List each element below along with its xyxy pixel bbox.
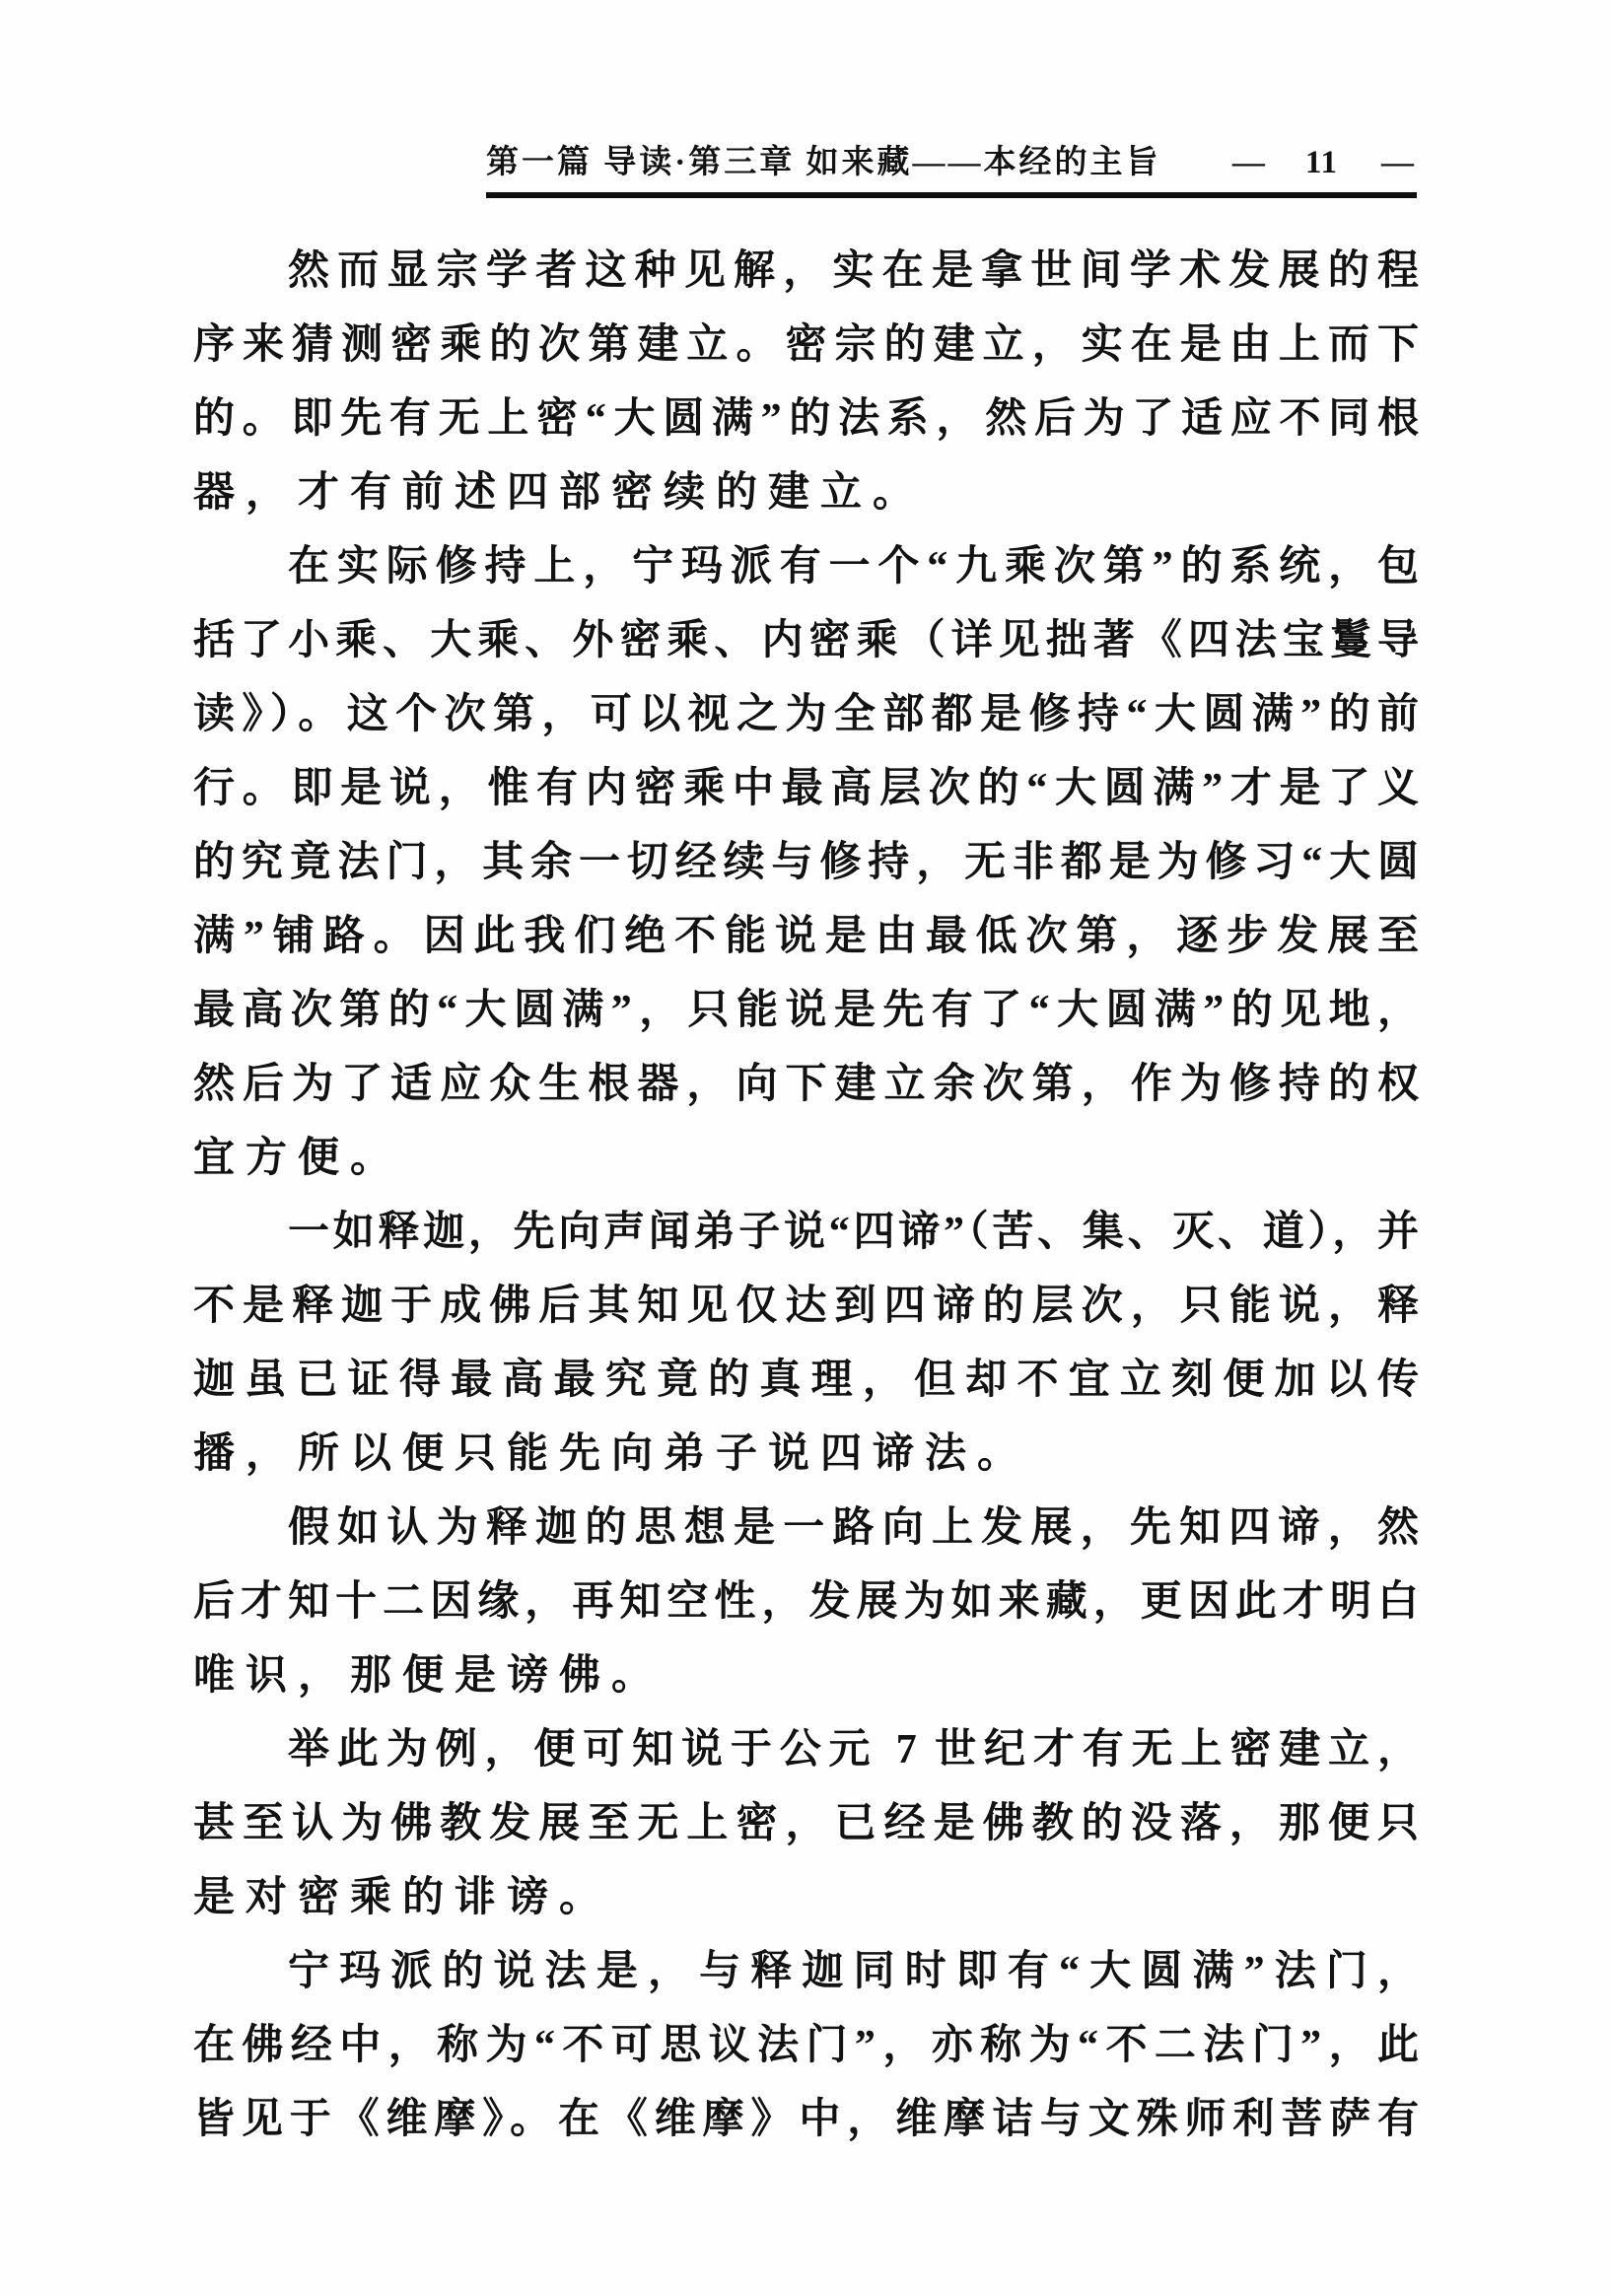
text-line: 在佛经中，称为“不可思议法门”，亦称为“不二法门”，此: [193, 2009, 1419, 2083]
chapter-title: 第一篇 导读·第三章 如来藏——本经的主旨: [486, 136, 1161, 182]
paragraph: 一如释迦，先向声闻弟子说“四谛”（苦、集、灭、道），并 不是释迦于成佛后其知见仅…: [193, 1196, 1419, 1492]
text-line: 行。即是说，惟有内密乘中最高层次的“大圆满”才是了义: [193, 752, 1419, 826]
text-line: 是对密乘的诽谤。: [193, 1861, 1419, 1935]
text-line: 序来猜测密乘的次第建立。密宗的建立，实在是由上而下: [193, 309, 1419, 383]
text-line: 假如认为释迦的思想是一路向上发展，先知四谛，然: [193, 1492, 1419, 1565]
text-line: 一如释迦，先向声闻弟子说“四谛”（苦、集、灭、道），并: [193, 1196, 1419, 1270]
text-line: 播，所以便只能先向弟子说四谛法。: [193, 1418, 1419, 1492]
text-line: 满”铺路。因此我们绝不能说是由最低次第，逐步发展至: [193, 900, 1419, 974]
paragraph: 然而显宗学者这种见解，实在是拿世间学术发展的程 序来猜测密乘的次第建立。密宗的建…: [193, 235, 1419, 530]
text-line: 在实际修持上，宁玛派有一个“九乘次第”的系统，包: [193, 530, 1419, 604]
text-line: 的究竟法门，其余一切经续与修持，无非都是为修习“大圆: [193, 826, 1419, 900]
running-head: 第一篇 导读·第三章 如来藏——本经的主旨 — 11 —: [486, 136, 1417, 198]
text-line: 然后为了适应众生根器，向下建立余次第，作为修持的权: [193, 1048, 1419, 1122]
folio-dash-left: —: [1232, 145, 1268, 181]
text-line: 器，才有前述四部密续的建立。: [193, 456, 1419, 530]
text-line: 读》）。这个次第，可以视之为全部都是修持“大圆满”的前: [193, 678, 1419, 752]
paragraph: 宁玛派的说法是，与释迦同时即有“大圆满”法门， 在佛经中，称为“不可思议法门”，…: [193, 1935, 1419, 2157]
text-line: 然而显宗学者这种见解，实在是拿世间学术发展的程: [193, 235, 1419, 309]
text-line: 宁玛派的说法是，与释迦同时即有“大圆满”法门，: [193, 1935, 1419, 2009]
text-line: 不是释迦于成佛后其知见仅达到四谛的层次，只能说，释: [193, 1270, 1419, 1344]
text-line: 举此为例，便可知说于公元 7 世纪才有无上密建立，: [193, 1713, 1419, 1787]
page-number: 11: [1305, 145, 1338, 181]
text-line: 后才知十二因缘，再知空性，发展为如来藏，更因此才明白: [193, 1565, 1419, 1639]
text-line: 宜方便。: [193, 1122, 1419, 1196]
folio-dash-right: —: [1381, 145, 1417, 181]
text-line: 最高次第的“大圆满”，只能说是先有了“大圆满”的见地，: [193, 974, 1419, 1048]
body-text: 然而显宗学者这种见解，实在是拿世间学术发展的程 序来猜测密乘的次第建立。密宗的建…: [193, 235, 1419, 2157]
text-line: 括了小乘、大乘、外密乘、内密乘（详见拙著《四法宝鬘导: [193, 604, 1419, 678]
paragraph: 假如认为释迦的思想是一路向上发展，先知四谛，然 后才知十二因缘，再知空性，发展为…: [193, 1492, 1419, 1713]
text-line: 皆见于《维摩》。在《维摩》中，维摩诘与文殊师利菩萨有: [193, 2083, 1419, 2157]
book-page: 第一篇 导读·第三章 如来藏——本经的主旨 — 11 — 然而显宗学者这种见解，…: [0, 0, 1612, 2296]
text-line: 的。即先有无上密“大圆满”的法系，然后为了适应不同根: [193, 383, 1419, 456]
text-line: 甚至认为佛教发展至无上密，已经是佛教的没落，那便只: [193, 1787, 1419, 1861]
text-line: 迦虽已证得最高最究竟的真理，但却不宜立刻便加以传: [193, 1344, 1419, 1418]
text-line: 唯识，那便是谤佛。: [193, 1639, 1419, 1713]
paragraph: 在实际修持上，宁玛派有一个“九乘次第”的系统，包 括了小乘、大乘、外密乘、内密乘…: [193, 530, 1419, 1196]
paragraph: 举此为例，便可知说于公元 7 世纪才有无上密建立， 甚至认为佛教发展至无上密，已…: [193, 1713, 1419, 1935]
